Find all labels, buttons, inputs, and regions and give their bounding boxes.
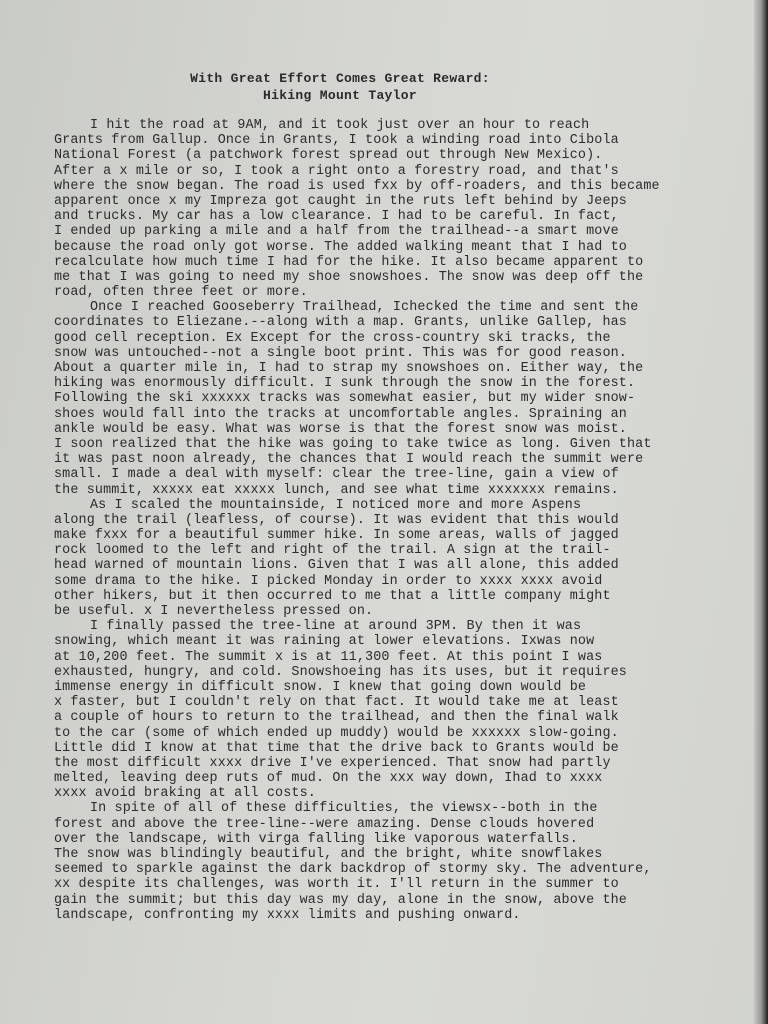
text-line: shoes would fall into the tracks at unco… bbox=[54, 407, 734, 422]
document-subtitle: Hiking Mount Taylor bbox=[0, 88, 680, 103]
text-line: About a quarter mile in, I had to strap … bbox=[54, 361, 734, 376]
text-line: The snow was blindingly beautiful, and t… bbox=[54, 847, 734, 862]
text-line: snowing, which meant it was raining at l… bbox=[54, 634, 734, 649]
text-line: head warned of mountain lions. Given tha… bbox=[54, 558, 734, 573]
text-line: I soon realized that the hike was going … bbox=[54, 437, 734, 452]
document-title: With Great Effort Comes Great Reward: bbox=[0, 71, 680, 86]
text-line: me that I was going to need my shoe snow… bbox=[54, 270, 734, 285]
text-line: at 10,200 feet. The summit x is at 11,30… bbox=[54, 650, 734, 665]
text-line: After a x mile or so, I took a right ont… bbox=[54, 164, 734, 179]
text-line: xxxx avoid braking at all costs. bbox=[54, 786, 734, 801]
text-line: snow was untouched--not a single boot pr… bbox=[54, 346, 734, 361]
text-line: landscape, confronting my xxxx limits an… bbox=[54, 908, 734, 923]
text-line: over the landscape, with virga falling l… bbox=[54, 832, 734, 847]
page-edge-shadow bbox=[754, 0, 768, 1024]
text-line: rock loomed to the left and right of the… bbox=[54, 543, 734, 558]
text-line: where the snow began. The road is used f… bbox=[54, 179, 734, 194]
text-line: immense energy in difficult snow. I knew… bbox=[54, 680, 734, 695]
text-line: along the trail (leafless, of course). I… bbox=[54, 513, 734, 528]
text-line: gain the summit; but this day was my day… bbox=[54, 893, 734, 908]
text-line: the summit, xxxxx eat xxxxx lunch, and s… bbox=[54, 483, 734, 498]
text-line: because the road only got worse. The add… bbox=[54, 240, 734, 255]
typewritten-page: With Great Effort Comes Great Reward: Hi… bbox=[0, 0, 754, 1024]
text-line: melted, leaving deep ruts of mud. On the… bbox=[54, 771, 734, 786]
text-line: to the car (some of which ended up muddy… bbox=[54, 726, 734, 741]
text-line: forest and above the tree-line--were ama… bbox=[54, 817, 734, 832]
text-line: coordinates to Eliezane.--along with a m… bbox=[54, 315, 734, 330]
text-line: I ended up parking a mile and a half fro… bbox=[54, 224, 734, 239]
text-line: other hikers, but it then occurred to me… bbox=[54, 589, 734, 604]
text-line: and trucks. My car has a low clearance. … bbox=[54, 209, 734, 224]
text-line: As I scaled the mountainside, I noticed … bbox=[54, 498, 734, 513]
text-line: Grants from Gallup. Once in Grants, I to… bbox=[54, 133, 734, 148]
document-body: I hit the road at 9AM, and it took just … bbox=[54, 118, 734, 923]
text-line: it was past noon already, the chances th… bbox=[54, 452, 734, 467]
text-line: National Forest (a patchwork forest spre… bbox=[54, 148, 734, 163]
text-line: some drama to the hike. I picked Monday … bbox=[54, 574, 734, 589]
text-line: small. I made a deal with myself: clear … bbox=[54, 467, 734, 482]
text-line: Once I reached Gooseberry Trailhead, Ich… bbox=[54, 300, 734, 315]
text-line: ankle would be easy. What was worse is t… bbox=[54, 422, 734, 437]
text-line: recalculate how much time I had for the … bbox=[54, 255, 734, 270]
text-line: Little did I know at that time that the … bbox=[54, 741, 734, 756]
text-line: Following the ski xxxxxx tracks was some… bbox=[54, 391, 734, 406]
text-line: x faster, but I couldn't rely on that fa… bbox=[54, 695, 734, 710]
text-line: a couple of hours to return to the trail… bbox=[54, 710, 734, 725]
text-line: be useful. x I nevertheless pressed on. bbox=[54, 604, 734, 619]
text-line: apparent once x my Impreza got caught in… bbox=[54, 194, 734, 209]
text-line: I finally passed the tree-line at around… bbox=[54, 619, 734, 634]
text-line: seemed to sparkle against the dark backd… bbox=[54, 862, 734, 877]
text-line: hiking was enormously difficult. I sunk … bbox=[54, 376, 734, 391]
text-line: I hit the road at 9AM, and it took just … bbox=[54, 118, 734, 133]
text-line: exhausted, hungry, and cold. Snowshoeing… bbox=[54, 665, 734, 680]
text-line: good cell reception. Ex Except for the c… bbox=[54, 331, 734, 346]
text-line: the most difficult xxxx drive I've exper… bbox=[54, 756, 734, 771]
text-line: In spite of all of these difficulties, t… bbox=[54, 801, 734, 816]
text-line: xx despite its challenges, was worth it.… bbox=[54, 877, 734, 892]
text-line: road, often three feet or more. bbox=[54, 285, 734, 300]
text-line: make fxxx for a beautiful summer hike. I… bbox=[54, 528, 734, 543]
